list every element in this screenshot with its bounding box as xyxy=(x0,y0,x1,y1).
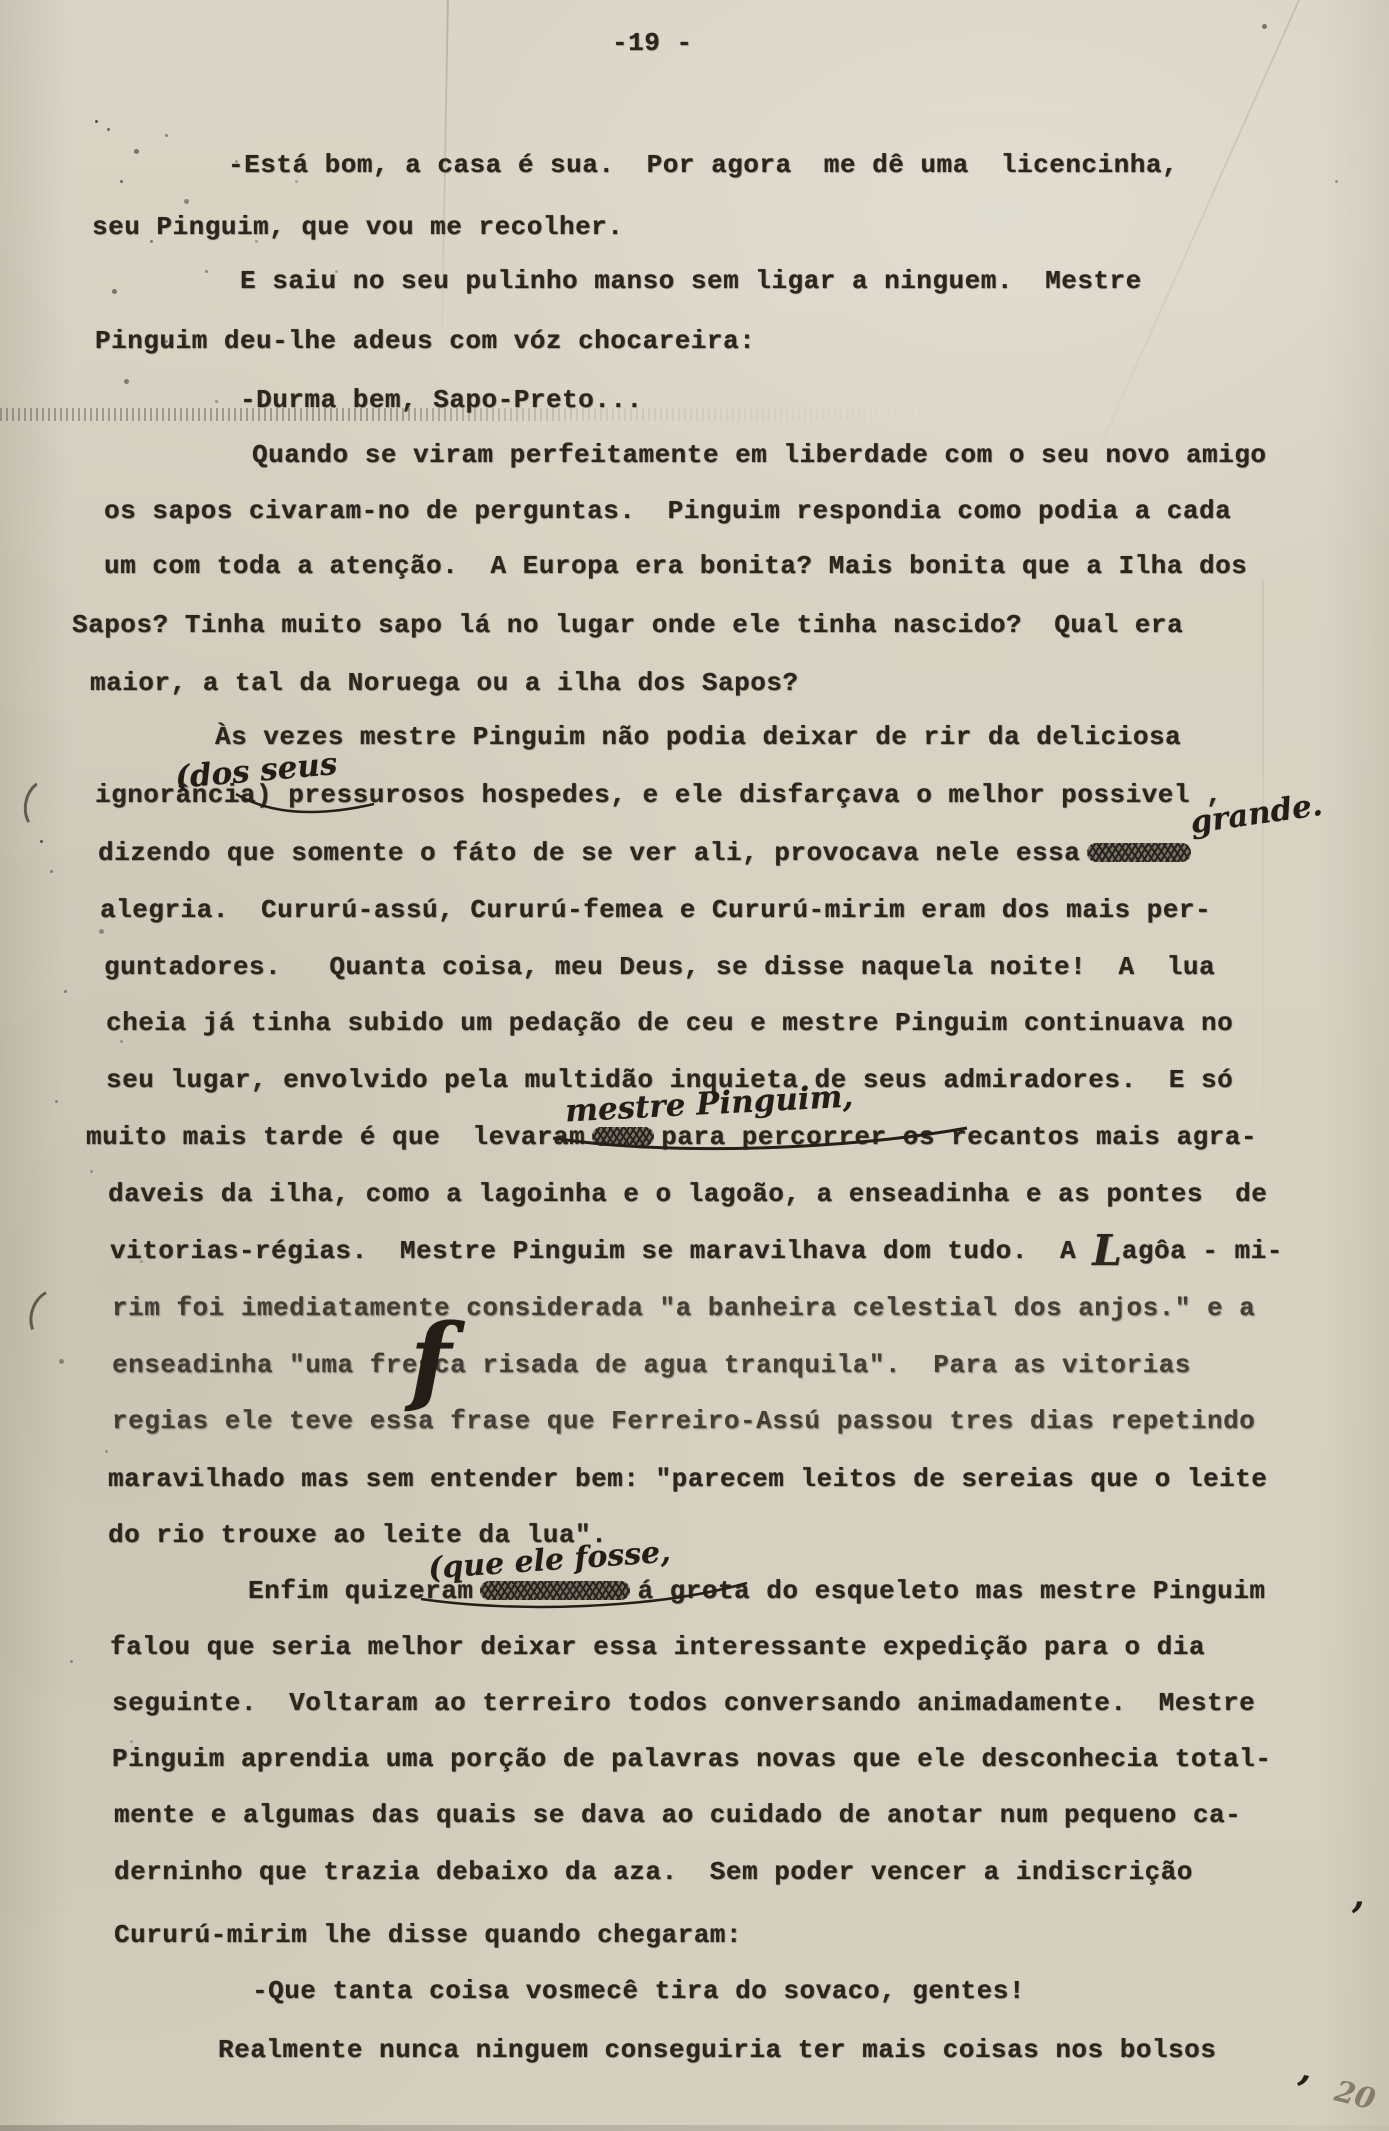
handwritten-comma: , xyxy=(1296,2047,1316,2091)
typed-line: Quando se viram perfeitamente em liberda… xyxy=(252,440,1266,470)
typed-line: seguinte. Voltaram ao terreiro todos con… xyxy=(112,1688,1255,1718)
margin-mark-arc xyxy=(22,1282,84,1350)
paper-crease xyxy=(1262,580,1264,1140)
underline-swoosh xyxy=(545,1118,975,1154)
typed-line: os sapos civaram-no de perguntas. Pingui… xyxy=(104,496,1231,526)
typed-line: falou que seria melhor deixar essa inter… xyxy=(110,1632,1205,1662)
toner-speckles xyxy=(95,120,98,123)
handwritten-comma: , xyxy=(1352,1874,1365,1916)
typed-line: regias ele teve essa frase que Ferreiro-… xyxy=(112,1406,1255,1436)
typed-line: -Está bom, a casa é sua. Por agora me dê… xyxy=(228,150,1178,180)
typed-line: Pinguim aprendia uma porção de palavras … xyxy=(112,1744,1271,1774)
typed-line: mente e algumas das quais se dava ao cui… xyxy=(114,1800,1241,1830)
typed-line: vitorias-régias. Mestre Pinguim se marav… xyxy=(110,1236,1283,1266)
handwritten-capital-L: L xyxy=(1092,1226,1122,1275)
typed-line: dizendo que somente o fáto de se ver ali… xyxy=(98,838,1198,868)
typed-line: Realmente nunca ninguem conseguiria ter … xyxy=(218,2035,1216,2065)
paper-crease xyxy=(1094,0,1307,458)
handwritten-f-correction: f xyxy=(410,1312,451,1408)
typed-line: daveis da ilha, como a lagoinha e o lago… xyxy=(108,1179,1267,1209)
typed-line: Pinguim deu-lhe adeus com vóz chocareira… xyxy=(95,326,755,356)
underline-swoosh xyxy=(415,1577,760,1611)
typed-line: -Que tanta coisa vosmecê tira do sovaco,… xyxy=(252,1976,1025,2006)
typed-line: rim foi imediatamente considerada "a ban… xyxy=(112,1293,1255,1323)
smudge-streak xyxy=(0,408,980,421)
typescript-page: -19 - -Está bom, a casa é sua. Por agora… xyxy=(0,0,1389,2131)
pencil-page-number: 20 xyxy=(1331,2074,1378,2117)
scratched-out-word xyxy=(1087,843,1191,862)
typed-line: seu Pinguim, que vou me recolher. xyxy=(92,212,623,242)
typed-line: cheia já tinha subido um pedação de ceu … xyxy=(106,1008,1233,1038)
typed-line: enseadinha "uma fresca risada de agua tr… xyxy=(112,1350,1191,1380)
margin-mark-arc xyxy=(19,774,76,838)
scan-edge xyxy=(0,2125,1389,2131)
typed-line: guntadores. Quanta coisa, meu Deus, se d… xyxy=(104,952,1215,982)
typed-line: derninho que trazia debaixo da aza. Sem … xyxy=(114,1857,1193,1887)
toner-speckles xyxy=(40,840,43,843)
typed-line: Sapos? Tinha muito sapo lá no lugar onde… xyxy=(72,610,1183,640)
typed-line: Cururú-mirim lhe disse quando chegaram: xyxy=(114,1920,742,1950)
page-number: -19 - xyxy=(612,28,693,58)
typed-line: E saiu no seu pulinho manso sem ligar a … xyxy=(240,266,1142,296)
typed-line: um com toda a atenção. A Europa era boni… xyxy=(104,551,1247,581)
typed-line: maior, a tal da Noruega ou a ilha dos Sa… xyxy=(90,668,799,698)
typed-line: Às vezes mestre Pinguim não podia deixar… xyxy=(215,722,1181,752)
typed-line: alegria. Cururú-assú, Cururú-femea e Cur… xyxy=(100,895,1211,925)
caret-curve xyxy=(232,790,382,826)
typed-line: maravilhado mas sem entender bem: "parec… xyxy=(108,1464,1267,1494)
